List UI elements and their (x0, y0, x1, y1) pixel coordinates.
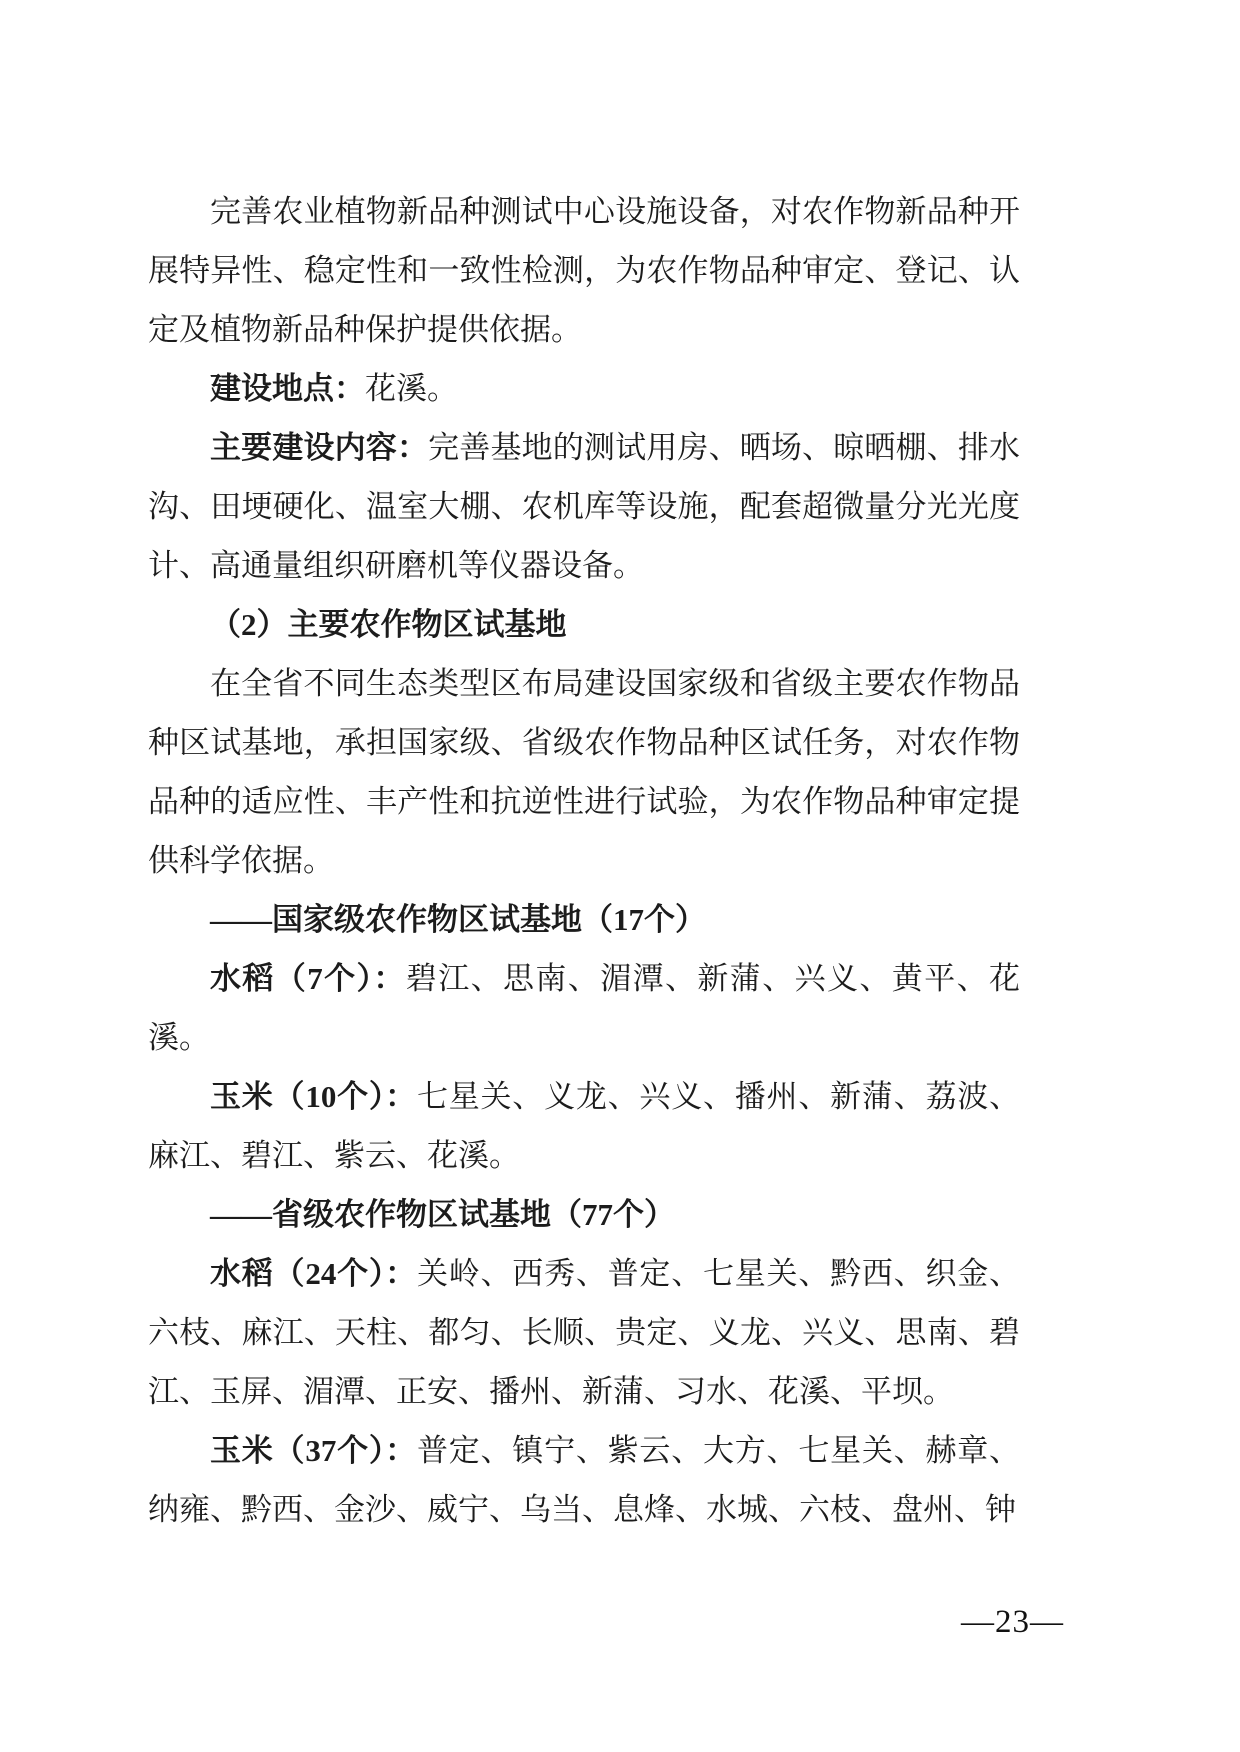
paragraph-provincial-rice-bases: 水稻（24个）：关岭、西秀、普定、七星关、黔西、织金、六枝、麻江、天柱、都匀、长… (148, 1244, 1020, 1421)
paragraph-main-construction-content: 主要建设内容：完善基地的测试用房、晒场、晾晒棚、排水沟、田埂硬化、温室大棚、农机… (148, 418, 1020, 595)
subheading-national-trial-bases: ——国家级农作物区试基地（17个） (148, 890, 1020, 949)
construction-site-label: 建设地点： (210, 371, 365, 406)
paragraph-trial-base-overview-text: 在全省不同生态类型区布局建设国家级和省级主要农作物品种区试基地，承担国家级、省级… (148, 666, 1020, 878)
paragraph-national-rice-bases: 水稻（7个）：碧江、思南、湄潭、新蒲、兴义、黄平、花溪。 (148, 949, 1020, 1067)
main-construction-content-label: 主要建设内容： (210, 430, 428, 465)
national-corn-label: 玉米（10个）： (210, 1079, 417, 1114)
national-rice-label: 水稻（7个）： (210, 961, 406, 996)
construction-site-text: 花溪。 (365, 371, 458, 406)
paragraph-provincial-corn-bases: 玉米（37个）：普定、镇宁、紫云、大方、七星关、赫章、纳雍、黔西、金沙、威宁、乌… (148, 1421, 1020, 1539)
subheading-provincial-trial-bases: ——省级农作物区试基地（77个） (148, 1185, 1020, 1244)
paragraph-national-corn-bases: 玉米（10个）：七星关、义龙、兴义、播州、新蒲、荔波、麻江、碧江、紫云、花溪。 (148, 1067, 1020, 1185)
paragraph-variety-testing-text: 完善农业植物新品种测试中心设施设备，对农作物新品种开展特异性、稳定性和一致性检测… (148, 194, 1020, 347)
paragraph-construction-site: 建设地点：花溪。 (148, 359, 1020, 418)
paragraph-trial-base-overview: 在全省不同生态类型区布局建设国家级和省级主要农作物品种区试基地，承担国家级、省级… (148, 654, 1020, 890)
section-heading-main-crop-trial-bases: （2）主要农作物区试基地 (148, 595, 1020, 654)
page-number: —23— (961, 1602, 1064, 1642)
document-page: 完善农业植物新品种测试中心设施设备，对农作物新品种开展特异性、稳定性和一致性检测… (0, 0, 1240, 1752)
provincial-corn-label: 玉米（37个）： (210, 1433, 417, 1468)
document-body: 完善农业植物新品种测试中心设施设备，对农作物新品种开展特异性、稳定性和一致性检测… (148, 182, 1020, 1539)
paragraph-variety-testing: 完善农业植物新品种测试中心设施设备，对农作物新品种开展特异性、稳定性和一致性检测… (148, 182, 1020, 359)
provincial-rice-label: 水稻（24个）： (210, 1256, 417, 1291)
